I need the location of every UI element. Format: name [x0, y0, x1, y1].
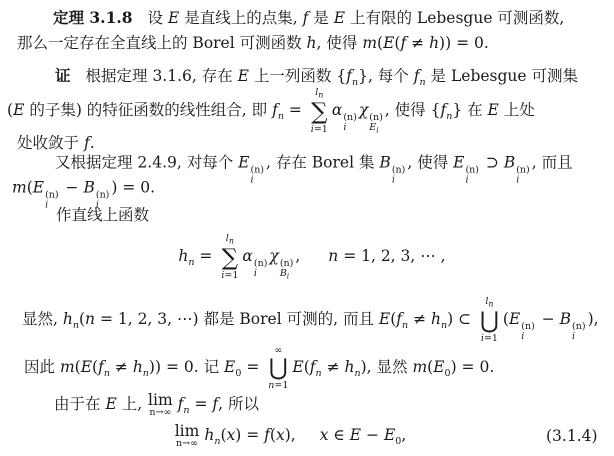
math-variable: h — [344, 358, 354, 376]
math-variable: E — [379, 310, 390, 328]
sup-sub-stack: (n)Bi — [280, 259, 294, 279]
proof-label: 证 — [55, 66, 71, 85]
superscript: (n) — [343, 113, 357, 123]
limit-subscript: n→∞ — [176, 439, 198, 449]
text-run: = — [195, 247, 218, 265]
text-run: = — [284, 101, 307, 119]
superscript: (n) — [369, 113, 383, 123]
text-run: 作直线上函数 — [56, 206, 149, 224]
math-variable: E — [238, 67, 249, 85]
lim-glyph: lim — [148, 392, 173, 408]
math-variable: m — [362, 34, 377, 52]
text-run: ) = — [235, 426, 264, 444]
text-run: = 1, 2, 3, ⋯) 都是 Borel 可测的, 而且 — [95, 310, 379, 328]
sup-sub-stack: (n)i — [392, 165, 406, 185]
limit-operator: limn→∞ — [148, 392, 173, 418]
math-variable: α — [332, 101, 342, 119]
text-run: , 存在 Borel 集 — [266, 154, 379, 172]
text-run: 是 — [308, 9, 333, 27]
sup-sub-stack: (n)i — [516, 165, 530, 185]
element-of-symbol: ∈ — [328, 426, 349, 444]
sup-sub-stack: (n)i — [250, 165, 264, 185]
text-run: }, 每个 — [358, 67, 414, 85]
math-variable: E — [350, 426, 361, 444]
text-run: , 使得 — [407, 154, 453, 172]
display-equation-314: limn→∞hn(x) = f(x),x ∈ E − E0, — [174, 423, 407, 449]
text-run: 设 — [148, 9, 168, 27]
text-run: ) = 0. — [451, 358, 495, 376]
text-run: 显然, — [22, 310, 63, 328]
text-run: )) = 0. — [439, 34, 489, 52]
math-variable: m — [60, 358, 75, 376]
text-run: 上, — [117, 395, 147, 413]
textbook-page: 定理 3.1.8设 E 是直线上的点集, f 是 E 上有限的 Lebesgue… — [0, 0, 614, 456]
math-variable: B — [379, 154, 390, 172]
proof-line-3: 处收敛于 f. — [17, 133, 95, 153]
subscript: Ei — [369, 123, 378, 133]
text-run: , — [295, 247, 300, 265]
text-run: ≠ — [322, 358, 345, 376]
sigma-glyph: ∑ — [311, 101, 327, 124]
text-run: = 1, 2, 3, ⋯ , — [338, 247, 445, 265]
text-run: 又根据定理 2.4.9, 对每个 — [55, 154, 238, 172]
text-run: 的子集) 的特征函数的线性组合, 即 — [24, 101, 272, 119]
math-variable: E — [453, 154, 464, 172]
text-run: , 使得 — [317, 34, 363, 52]
text-run: , 而且 — [532, 154, 573, 172]
math-variable: E — [168, 9, 179, 27]
union-operator: ln⋃i=1 — [480, 297, 499, 343]
subset-symbol: ) ⊂ — [447, 310, 476, 328]
proof-line-8: 因此 m(E(fn ≠ hn)) = 0. 记 E0 = ∞⋃n=1E(fn ≠… — [24, 346, 494, 390]
math-variable: E — [488, 101, 499, 119]
text-run: )) = 0. 记 — [149, 358, 224, 376]
text-run: 由于在 — [54, 395, 105, 413]
minus-symbol: − — [61, 179, 84, 197]
proof-line-7: 显然, hn(n = 1, 2, 3, ⋯) 都是 Borel 可测的, 而且 … — [22, 297, 599, 343]
text-run: } 在 — [452, 101, 487, 119]
math-variable: E — [433, 358, 444, 376]
math-variable: h — [204, 426, 214, 444]
text-run: ≠ — [110, 358, 133, 376]
sum-lower-limit: i=1 — [311, 125, 328, 135]
text-run: 是直线上的点集, — [179, 9, 302, 27]
math-variable: E — [334, 9, 345, 27]
sup-sub-stack: (n)Ei — [369, 113, 383, 133]
theorem-statement-line-1: 定理 3.1.8设 E 是直线上的点集, f 是 E 上有限的 Lebesgue… — [53, 8, 564, 28]
proof-line-1: 证根据定理 3.1.6, 存在 E 上一列函数 {fn}, 每个 fn 是 Le… — [55, 66, 578, 86]
math-variable: E — [383, 34, 394, 52]
math-variable: E — [292, 358, 303, 376]
text-run: = — [190, 395, 213, 413]
math-variable: B — [83, 179, 94, 197]
text-run: ≠ — [408, 310, 431, 328]
math-variable: χ — [269, 247, 278, 265]
union-lower-limit: i=1 — [481, 334, 498, 344]
math-variable: χ — [359, 101, 368, 119]
math-variable: h — [63, 310, 73, 328]
text-run: , 所以 — [218, 395, 259, 413]
display-formula-hn: hn = ln∑i=1α(n)iχ(n)Bi,n = 1, 2, 3, ⋯ , — [178, 234, 445, 280]
union-operator: ∞⋃n=1 — [268, 346, 288, 390]
text-run: ), 显然 — [361, 358, 413, 376]
summation-operator: ln∑i=1 — [311, 88, 328, 134]
limit-subscript: n→∞ — [149, 408, 171, 418]
math-variable: m — [412, 358, 427, 376]
text-run: , 使得 { — [385, 101, 441, 119]
math-variable: x — [320, 426, 329, 444]
text-run: 是 Lebesgue 可测集 — [426, 67, 578, 85]
text-run: ≠ — [406, 34, 429, 52]
math-variable: E — [509, 310, 520, 328]
math-variable: E — [384, 426, 395, 444]
sigma-glyph: ∑ — [222, 247, 238, 270]
minus-symbol: − — [537, 310, 560, 328]
proof-line-6: 作直线上函数 — [56, 205, 149, 225]
proof-line-9: 由于在 E 上, limn→∞fn = f, 所以 — [54, 392, 259, 418]
math-variable: E — [81, 358, 92, 376]
text-run: . — [90, 134, 95, 152]
sup-sub-stack: (n)i — [254, 259, 268, 279]
text-run: 那么一定存在全直线上的 Borel 可测函数 — [17, 34, 307, 52]
text-run: 上处 — [499, 101, 535, 119]
sup-sub-stack: (n)i — [343, 113, 357, 133]
math-variable: m — [12, 179, 27, 197]
text-run: 根据定理 3.1.6, 存在 — [86, 67, 238, 85]
text-run: 上有限的 Lebesgue 可测函数, — [345, 9, 564, 27]
math-variable: h — [178, 247, 188, 265]
math-variable: h — [429, 34, 439, 52]
theorem-label: 定理 3.1.8 — [53, 8, 133, 27]
text-run: 上一列函数 { — [249, 67, 346, 85]
math-variable: h — [307, 34, 317, 52]
text-run: , — [401, 426, 406, 444]
sup-sub-stack: (n)i — [521, 322, 535, 342]
superset-symbol: ⊃ — [481, 154, 504, 172]
equation-number: (3.1.4) — [546, 427, 598, 445]
math-variable: n — [328, 247, 338, 265]
math-variable: E — [33, 179, 44, 197]
sup-sub-stack: (n)i — [572, 322, 586, 342]
text-run: 处收敛于 — [17, 134, 84, 152]
theorem-statement-line-2: 那么一定存在全直线上的 Borel 可测函数 h, 使得 m(E(f ≠ h))… — [17, 33, 489, 53]
subscript: i — [343, 123, 346, 133]
summation-operator: ln∑i=1 — [221, 234, 238, 280]
minus-symbol: − — [361, 426, 384, 444]
union-glyph: ⋃ — [269, 357, 288, 380]
lim-glyph: lim — [175, 423, 200, 439]
text-run: ) = 0. — [111, 179, 155, 197]
math-variable: E — [238, 154, 249, 172]
proof-line-2: (E 的子集) 的特征函数的线性组合, 即 fn = ln∑i=1α(n)iχ(… — [7, 88, 535, 134]
math-variable: h — [133, 358, 143, 376]
math-variable: E — [224, 358, 235, 376]
math-variable: x — [276, 426, 285, 444]
math-variable: n — [85, 310, 95, 328]
math-variable: x — [227, 426, 236, 444]
text-run: 因此 — [24, 358, 60, 376]
sum-lower-limit: i=1 — [221, 271, 238, 281]
math-variable: α — [242, 247, 252, 265]
subscript: Bi — [280, 269, 289, 279]
text-run: ), — [588, 310, 599, 328]
math-variable: h — [431, 310, 441, 328]
limit-operator: limn→∞ — [175, 423, 200, 449]
math-variable: E — [13, 101, 24, 119]
sup-sub-stack: (n)i — [465, 165, 479, 185]
text-run: ), — [285, 426, 296, 444]
union-lower-limit: n=1 — [268, 381, 288, 391]
text-run: = — [241, 358, 264, 376]
math-variable: B — [560, 310, 571, 328]
math-variable: B — [504, 154, 515, 172]
union-glyph: ⋃ — [480, 310, 499, 333]
math-variable: E — [105, 395, 116, 413]
